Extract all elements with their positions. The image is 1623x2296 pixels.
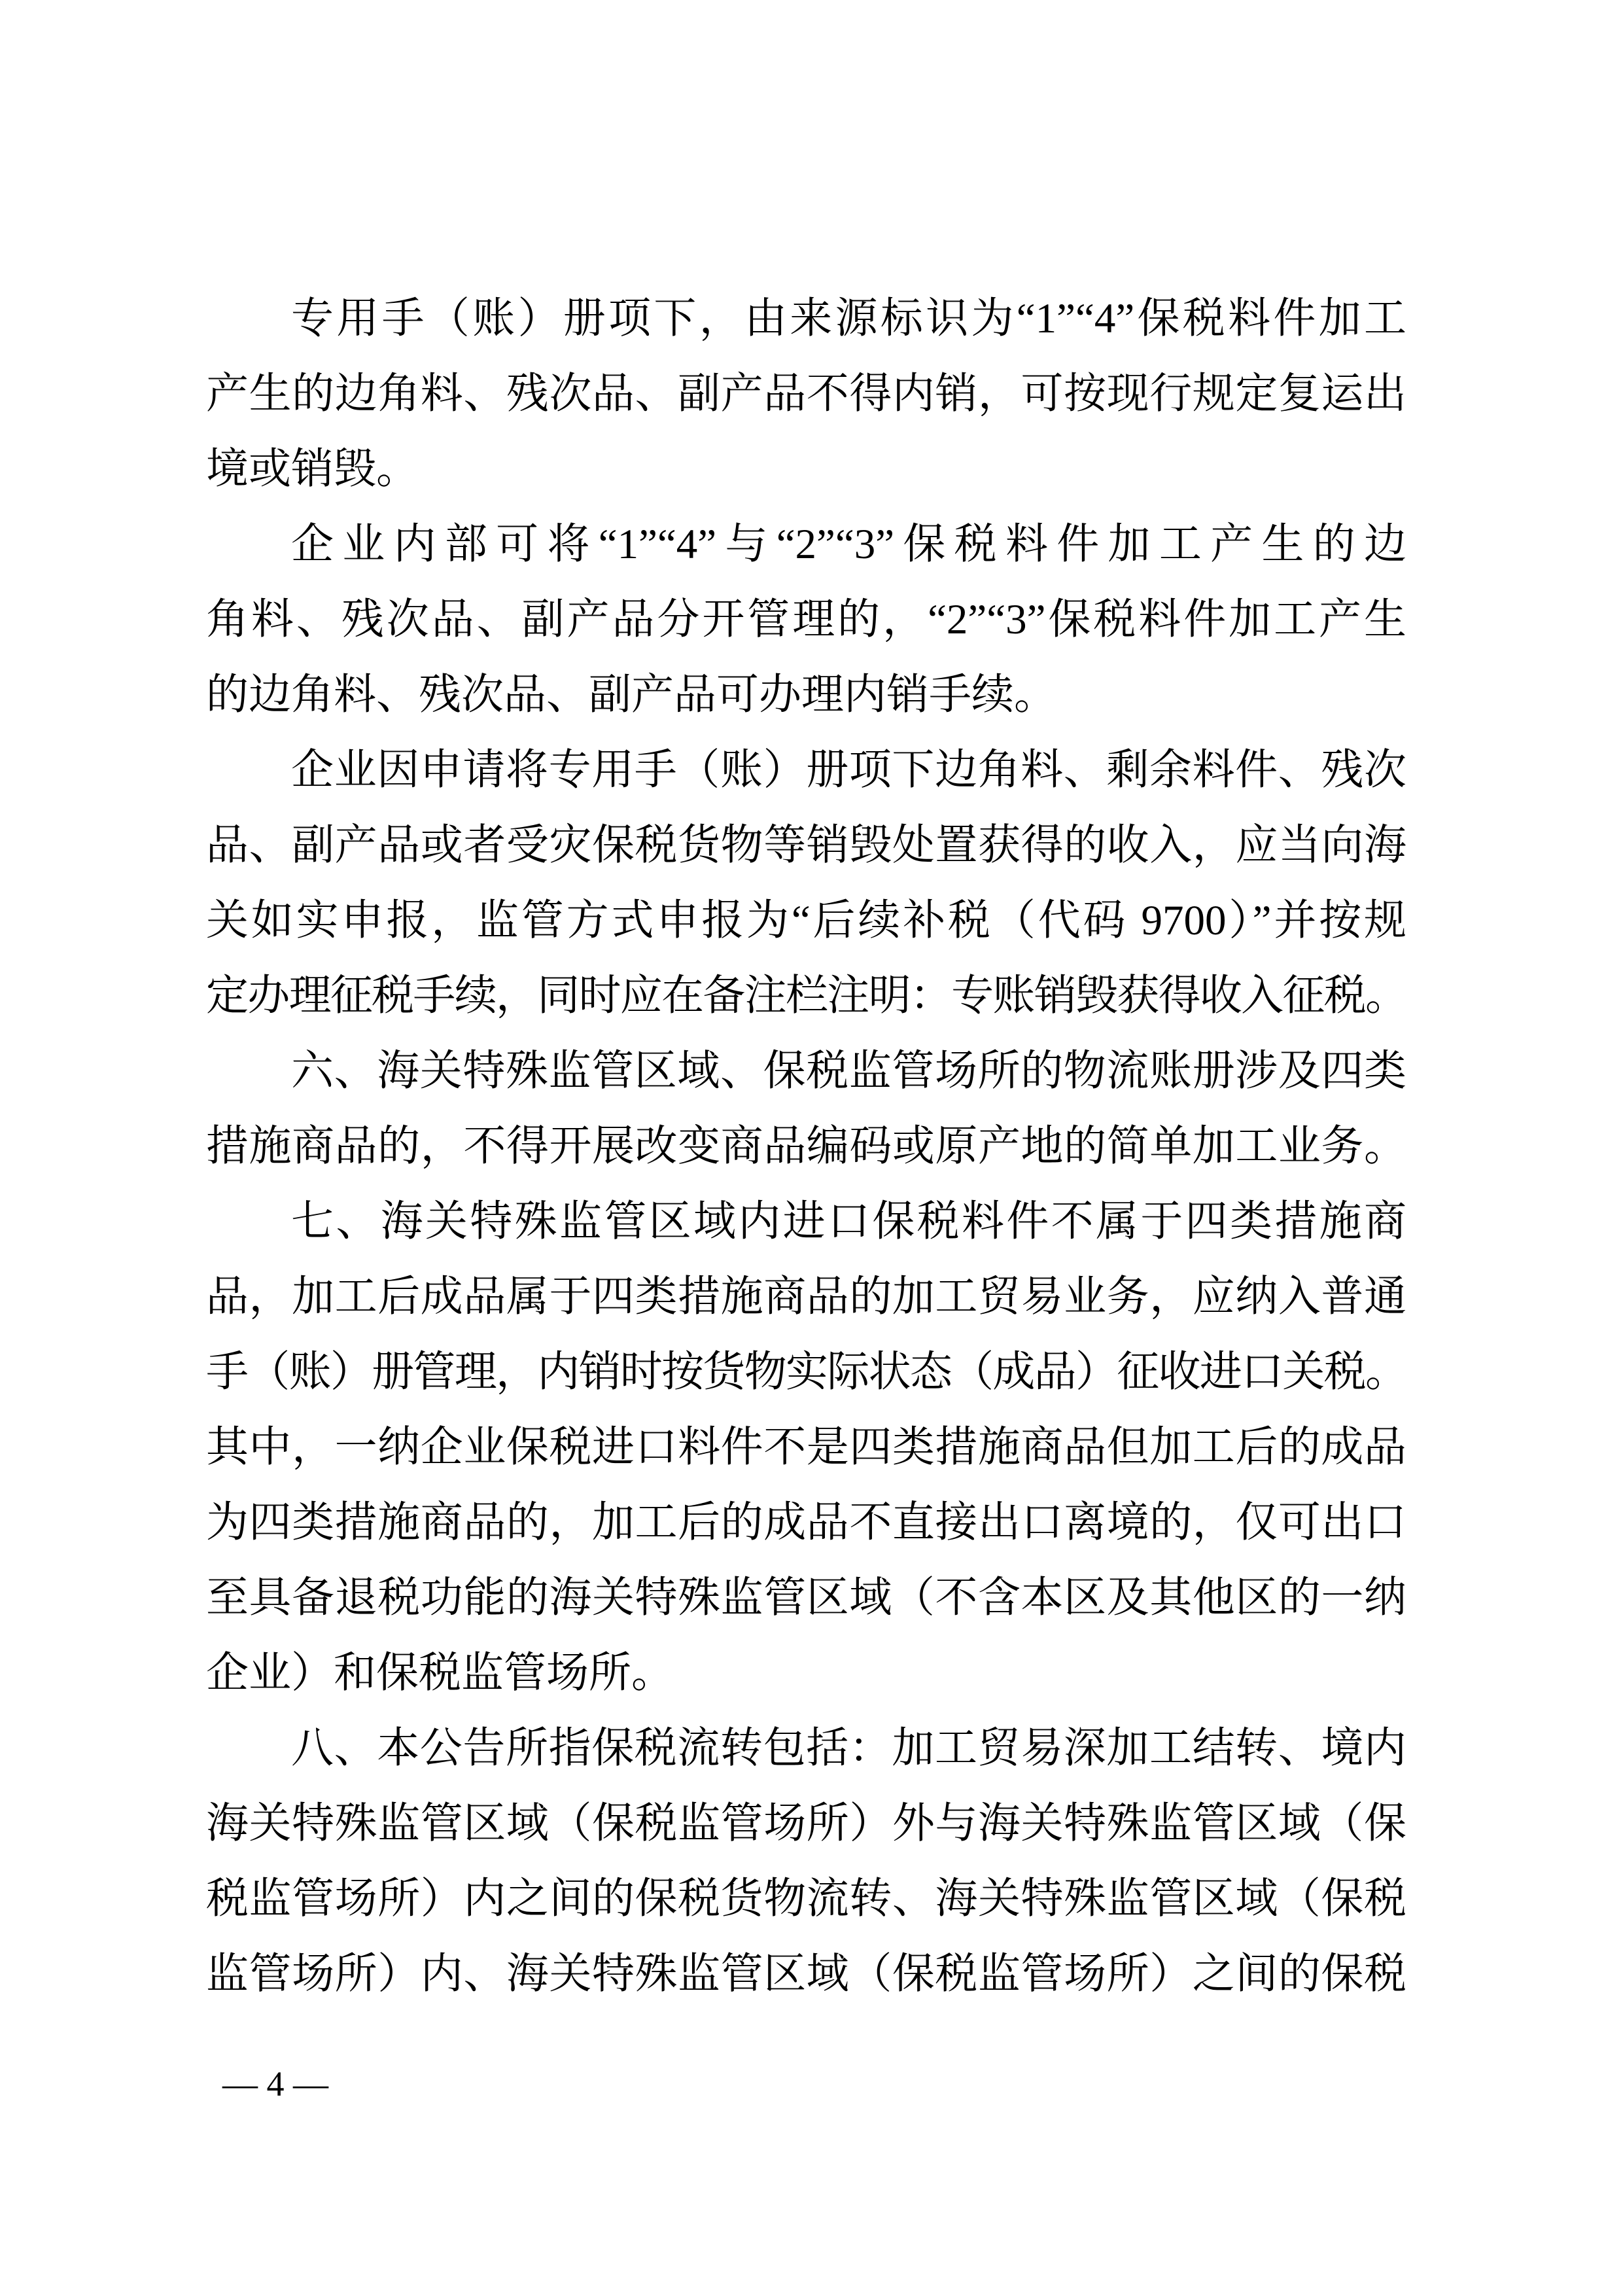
text-line: 关如实申报，监管方式申报为“后续补税（代码 9700）”并按规 — [206, 883, 1406, 959]
text-line: 角料、残次品、副产品分开管理的，“2”“3”保税料件加工产生 — [206, 582, 1406, 658]
text-line: 手（账）册管理，内销时按货物实际状态（成品）征收进口关税。 — [206, 1335, 1406, 1410]
text-line: 八、本公告所指保税流转包括：加工贸易深加工结转、境内 — [206, 1711, 1406, 1786]
text-line: 境或销毁。 — [206, 432, 1406, 507]
text-line: 监管场所）内、海关特殊监管区域（保税监管场所）之间的保税 — [206, 1937, 1406, 2012]
text-line: 六、海关特殊监管区域、保税监管场所的物流账册涉及四类 — [206, 1034, 1406, 1109]
text-line: 至具备退税功能的海关特殊监管区域（不含本区及其他区的一纳 — [206, 1561, 1406, 1636]
text-line: 海关特殊监管区域（保税监管场所）外与海关特殊监管区域（保 — [206, 1786, 1406, 1862]
text-line: 七、海关特殊监管区域内进口保税料件不属于四类措施商 — [206, 1184, 1406, 1260]
text-line: 税监管场所）内之间的保税货物流转、海关特殊监管区域（保税 — [206, 1862, 1406, 1937]
text-line: 品，加工后成品属于四类措施商品的加工贸易业务，应纳入普通 — [206, 1260, 1406, 1335]
document-body: 专用手（账）册项下，由来源标识为“1”“4”保税料件加工产生的边角料、残次品、副… — [206, 281, 1406, 2012]
text-line: 企业内部可将“1”“4”与“2”“3”保税料件加工产生的边 — [206, 507, 1406, 582]
text-line: 定办理征税手续，同时应在备注栏注明：专账销毁获得收入征税。 — [206, 959, 1406, 1034]
text-line: 品、副产品或者受灾保税货物等销毁处置获得的收入，应当向海 — [206, 808, 1406, 883]
text-line: 其中，一纳企业保税进口料件不是四类措施商品但加工后的成品 — [206, 1410, 1406, 1485]
text-line: 产生的边角料、残次品、副产品不得内销，可按现行规定复运出 — [206, 357, 1406, 432]
document-page: 专用手（账）册项下，由来源标识为“1”“4”保税料件加工产生的边角料、残次品、副… — [0, 0, 1623, 2296]
page-number: — 4 — — [222, 2061, 328, 2107]
text-line: 的边角料、残次品、副产品可办理内销手续。 — [206, 658, 1406, 733]
text-line: 企业因申请将专用手（账）册项下边角料、剩余料件、残次 — [206, 733, 1406, 808]
text-line: 为四类措施商品的，加工后的成品不直接出口离境的，仅可出口 — [206, 1485, 1406, 1561]
text-line: 专用手（账）册项下，由来源标识为“1”“4”保税料件加工 — [206, 281, 1406, 357]
text-line: 企业）和保税监管场所。 — [206, 1636, 1406, 1711]
text-line: 措施商品的，不得开展改变商品编码或原产地的简单加工业务。 — [206, 1109, 1406, 1184]
